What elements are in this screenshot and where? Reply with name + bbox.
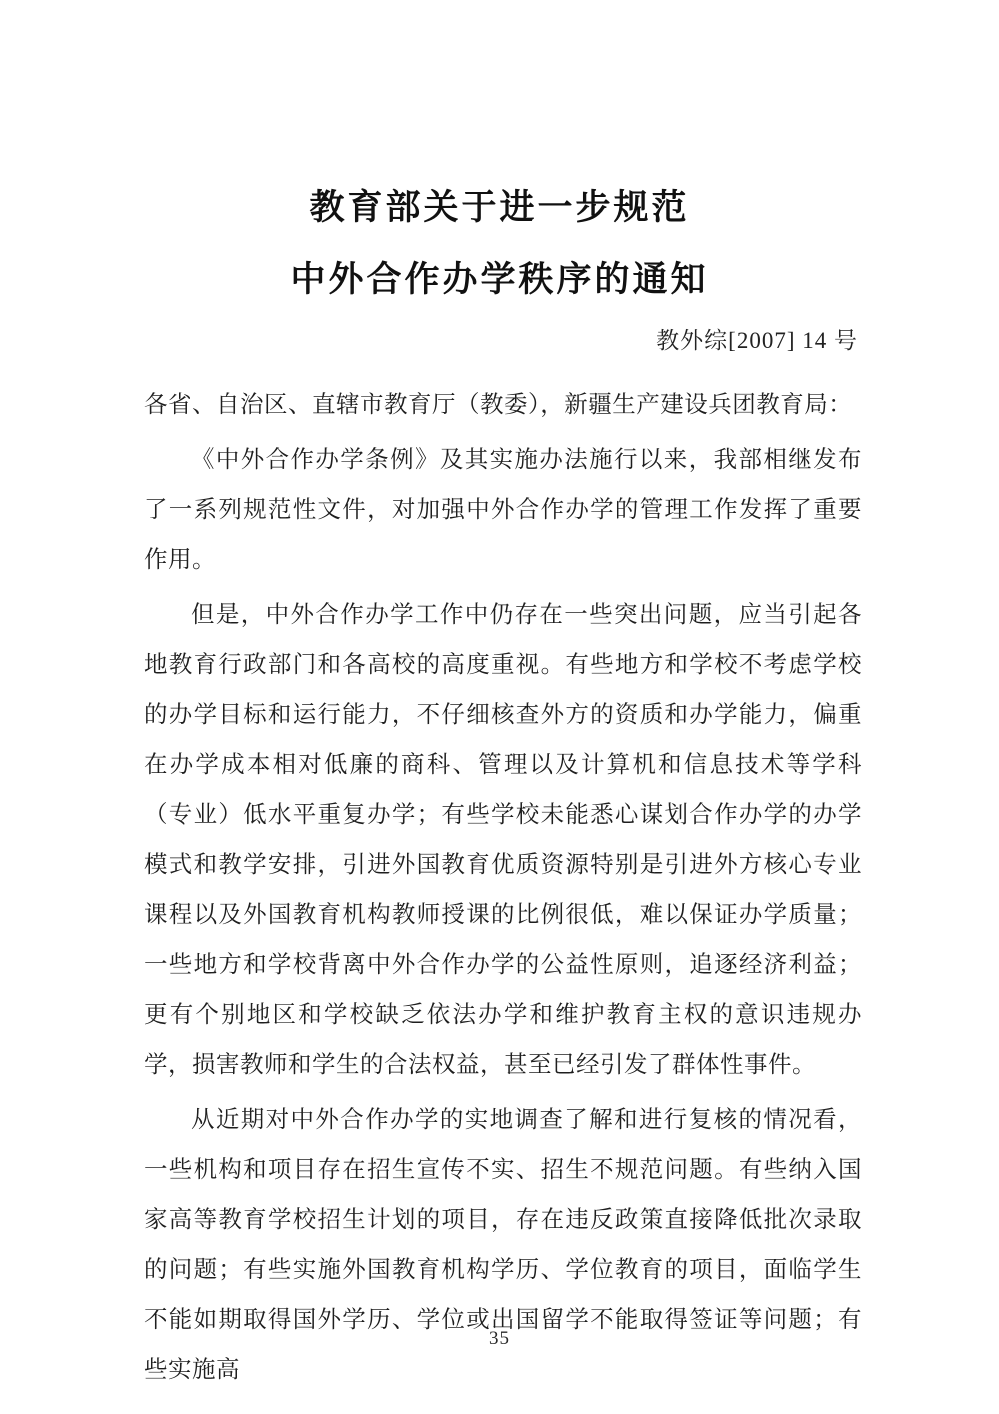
- document-number: 教外综[2007] 14 号: [0, 326, 999, 356]
- document-title: 教育部关于进一步规范 中外合作办学秩序的通知: [0, 172, 999, 316]
- page-number: 35: [0, 1328, 999, 1350]
- body-paragraph-1: 《中外合作办学条例》及其实施办法施行以来，我部相继发布了一系列规范性文件，对加强…: [144, 435, 862, 585]
- document-title-line-1: 教育部关于进一步规范: [0, 172, 999, 244]
- document-body: 各省、自治区、直辖市教育厅（教委），新疆生产建设兵团教育局： 《中外合作办学条例…: [144, 380, 862, 1395]
- salutation-line: 各省、自治区、直辖市教育厅（教委），新疆生产建设兵团教育局：: [144, 380, 862, 430]
- body-paragraph-2: 但是，中外合作办学工作中仍存在一些突出问题，应当引起各地教育行政部门和各高校的高…: [144, 590, 862, 1090]
- body-paragraph-3: 从近期对中外合作办学的实地调查了解和进行复核的情况看，一些机构和项目存在招生宣传…: [144, 1095, 862, 1395]
- document-page: 教育部关于进一步规范 中外合作办学秩序的通知 教外综[2007] 14 号 各省…: [0, 0, 999, 1414]
- document-title-line-2: 中外合作办学秩序的通知: [0, 244, 999, 316]
